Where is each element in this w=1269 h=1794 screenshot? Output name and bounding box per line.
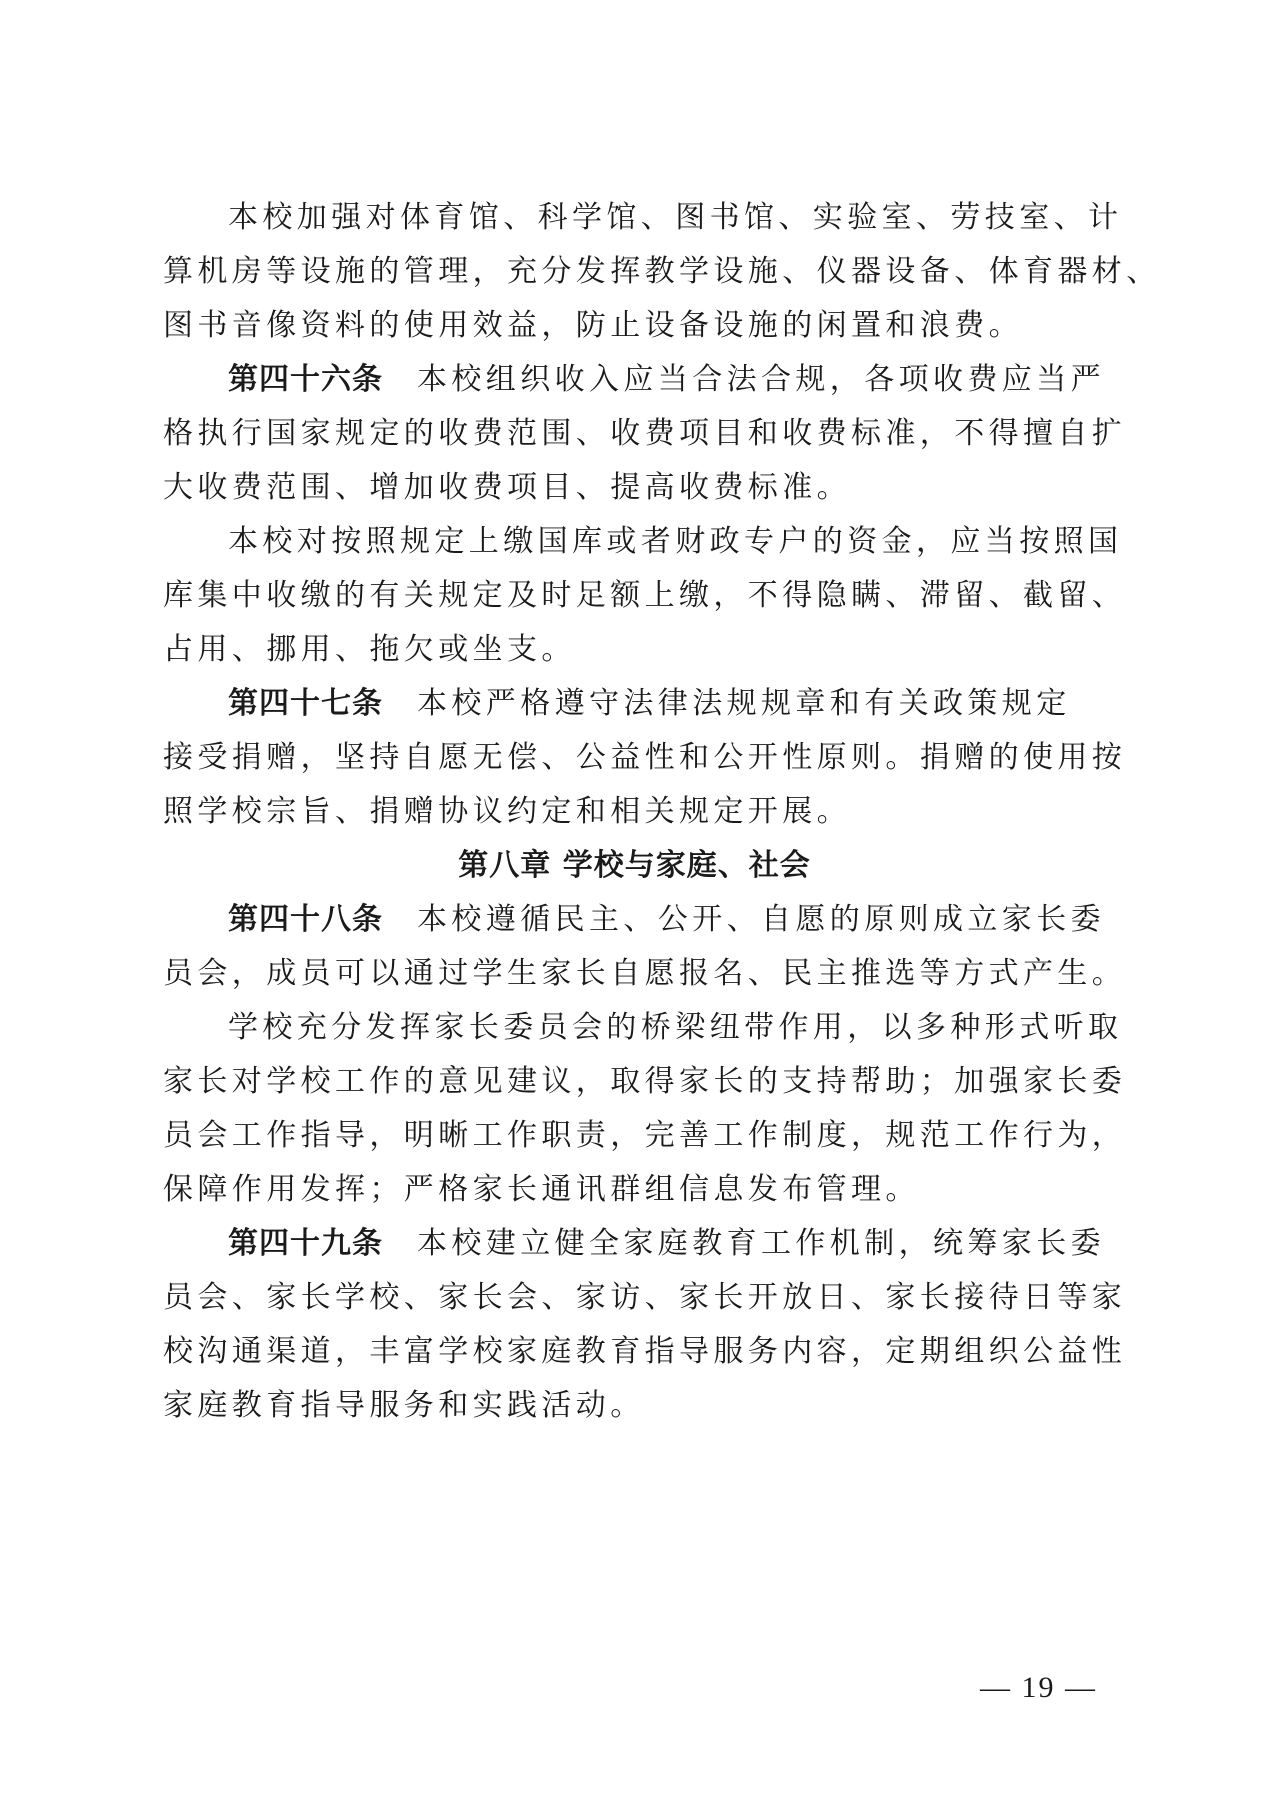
- article-49-text: 本校建立健全家庭教育工作机制，统筹家长委: [417, 1226, 1105, 1261]
- body-line: 库集中收缴的有关规定及时足额上缴，不得隐瞒、滞留、截留、: [163, 576, 1111, 616]
- chapter-heading: 第八章 学校与家庭、社会: [0, 846, 1269, 886]
- article-46-text: 本校组织收入应当合法合规，各项收费应当严: [417, 362, 1105, 397]
- body-line: 家庭教育指导服务和实践活动。: [163, 1386, 1111, 1426]
- body-line: 大收费范围、增加收费项目、提高收费标准。: [163, 468, 1111, 508]
- article-48-text: 本校遵循民主、公开、自愿的原则成立家长委: [417, 902, 1105, 937]
- article-46-label: 第四十六条: [228, 362, 383, 397]
- article-47-label: 第四十七条: [228, 686, 383, 721]
- article-49-first-line: 第四十九条本校建立健全家庭教育工作机制，统筹家长委: [228, 1224, 1111, 1264]
- body-line: 员会工作指导，明晰工作职责，完善工作制度，规范工作行为，: [163, 1116, 1111, 1156]
- body-line: 占用、挪用、拖欠或坐支。: [163, 630, 1111, 670]
- article-47-first-line: 第四十七条本校严格遵守法律法规规章和有关政策规定: [228, 684, 1111, 724]
- body-line: 算机房等设施的管理，充分发挥教学设施、仪器设备、体育器材、: [163, 252, 1111, 292]
- body-line: 格执行国家规定的收费范围、收费项目和收费标准，不得擅自扩: [163, 414, 1111, 454]
- body-line: 校沟通渠道，丰富学校家庭教育指导服务内容，定期组织公益性: [163, 1332, 1111, 1372]
- article-49-label: 第四十九条: [228, 1226, 383, 1261]
- body-line: 员会、家长学校、家长会、家访、家长开放日、家长接待日等家: [163, 1278, 1111, 1318]
- body-line: 照学校宗旨、捐赠协议约定和相关规定开展。: [163, 792, 1111, 832]
- article-47-text: 本校严格遵守法律法规规章和有关政策规定: [417, 686, 1071, 721]
- body-line: 接受捐赠，坚持自愿无偿、公益性和公开性原则。捐赠的使用按: [163, 738, 1111, 778]
- article-48-label: 第四十八条: [228, 902, 383, 937]
- body-line: 本校加强对体育馆、科学馆、图书馆、实验室、劳技室、计: [228, 198, 1111, 238]
- page-number: — 19 —: [980, 1668, 1097, 1708]
- body-line: 保障作用发挥；严格家长通讯群组信息发布管理。: [163, 1170, 1111, 1210]
- body-line: 本校对按照规定上缴国库或者财政专户的资金，应当按照国: [228, 522, 1111, 562]
- article-46-first-line: 第四十六条本校组织收入应当合法合规，各项收费应当严: [228, 360, 1111, 400]
- document-page: 本校加强对体育馆、科学馆、图书馆、实验室、劳技室、计 算机房等设施的管理，充分发…: [0, 0, 1269, 1794]
- body-line: 员会，成员可以通过学生家长自愿报名、民主推选等方式产生。: [163, 954, 1111, 994]
- body-line: 家长对学校工作的意见建议，取得家长的支持帮助；加强家长委: [163, 1062, 1111, 1102]
- article-48-first-line: 第四十八条本校遵循民主、公开、自愿的原则成立家长委: [228, 900, 1111, 940]
- body-line: 学校充分发挥家长委员会的桥梁纽带作用，以多种形式听取: [228, 1008, 1111, 1048]
- body-line: 图书音像资料的使用效益，防止设备设施的闲置和浪费。: [163, 306, 1111, 346]
